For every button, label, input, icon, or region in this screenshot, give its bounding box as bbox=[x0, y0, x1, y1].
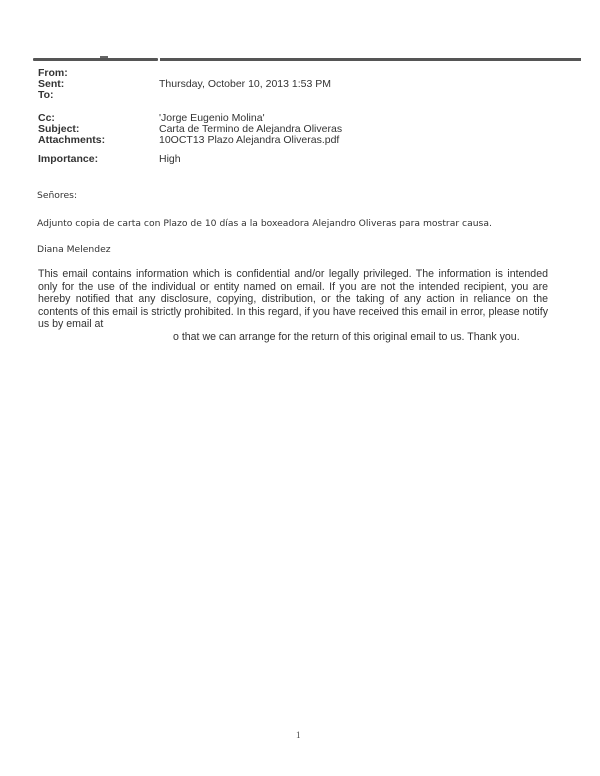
disclaimer-last-line: o that we can arrange for the return of … bbox=[38, 331, 548, 344]
importance-row: Importance: High bbox=[38, 154, 578, 165]
header-divider-left bbox=[33, 58, 158, 61]
to-label: To: bbox=[38, 90, 159, 101]
greeting: Señores: bbox=[37, 190, 557, 201]
attachments-row: Attachments: 10OCT13 Plazo Alejandra Oli… bbox=[38, 135, 578, 146]
attachments-label: Attachments: bbox=[38, 135, 159, 146]
attachment-filename: 10OCT13 Plazo Alejandra Oliveras.pdf bbox=[159, 135, 339, 146]
header-divider-mark bbox=[100, 56, 108, 58]
importance-label: Importance: bbox=[38, 154, 159, 165]
disclaimer-text: This email contains information which is… bbox=[38, 268, 548, 330]
importance-value: High bbox=[159, 154, 181, 165]
confidentiality-disclaimer: This email contains information which is… bbox=[38, 268, 548, 344]
page-number: 1 bbox=[296, 730, 301, 740]
redacted-recipients bbox=[38, 102, 578, 113]
email-header: From: Sent: Thursday, October 10, 2013 1… bbox=[38, 68, 578, 165]
sent-label: Sent: bbox=[38, 79, 159, 90]
sent-value: Thursday, October 10, 2013 1:53 PM bbox=[159, 79, 331, 90]
sent-row: Sent: Thursday, October 10, 2013 1:53 PM bbox=[38, 79, 578, 90]
message-body: Adjunto copia de carta con Plazo de 10 d… bbox=[37, 218, 557, 229]
header-divider-right bbox=[160, 58, 581, 61]
to-row: To: bbox=[38, 90, 578, 101]
signature: Diana Melendez bbox=[37, 244, 557, 255]
